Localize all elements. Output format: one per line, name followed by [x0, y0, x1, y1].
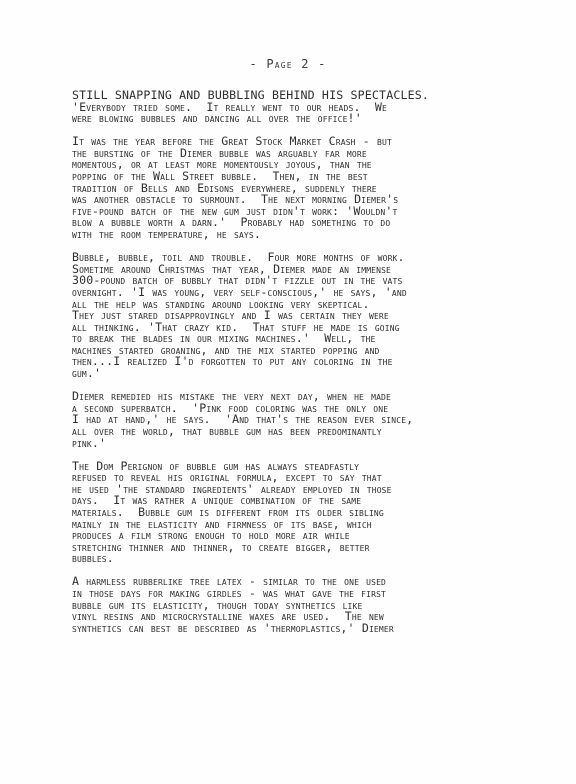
text-line: synthetics can best be described as 'the…: [72, 623, 532, 635]
paragraph: Bubble, bubble, toil and trouble. Four m…: [72, 252, 532, 380]
text-line: bubbles.: [72, 553, 532, 565]
document-page: - Page 2 - STILL SNAPPING AND BUBBLING B…: [0, 0, 576, 784]
text-line: then...I realized I'd forgotten to put a…: [72, 356, 532, 368]
text-line: all over the world, that bubble gum has …: [72, 426, 532, 438]
paragraph: STILL SNAPPING AND BUBBLING BEHIND HIS S…: [72, 90, 532, 125]
paragraph: It was the year before the Great Stock M…: [72, 136, 532, 240]
text-line: with the room temperature, he says.: [72, 229, 532, 241]
paragraph: A harmless rubberlike tree latex - simil…: [72, 576, 532, 634]
text-line: stretching thinner and thinner, to creat…: [72, 542, 532, 554]
document-body: STILL SNAPPING AND BUBBLING BEHIND HIS S…: [72, 90, 532, 646]
text-line: pink.': [72, 438, 532, 450]
paragraph: Diemer remedied his mistake the very nex…: [72, 391, 532, 449]
page-number-header: - Page 2 -: [0, 57, 576, 71]
text-line: gum.': [72, 368, 532, 380]
text-line: were blowing bubbles and dancing all ove…: [72, 113, 532, 125]
paragraph: The Dom Perignon of bubble gum has alway…: [72, 461, 532, 565]
